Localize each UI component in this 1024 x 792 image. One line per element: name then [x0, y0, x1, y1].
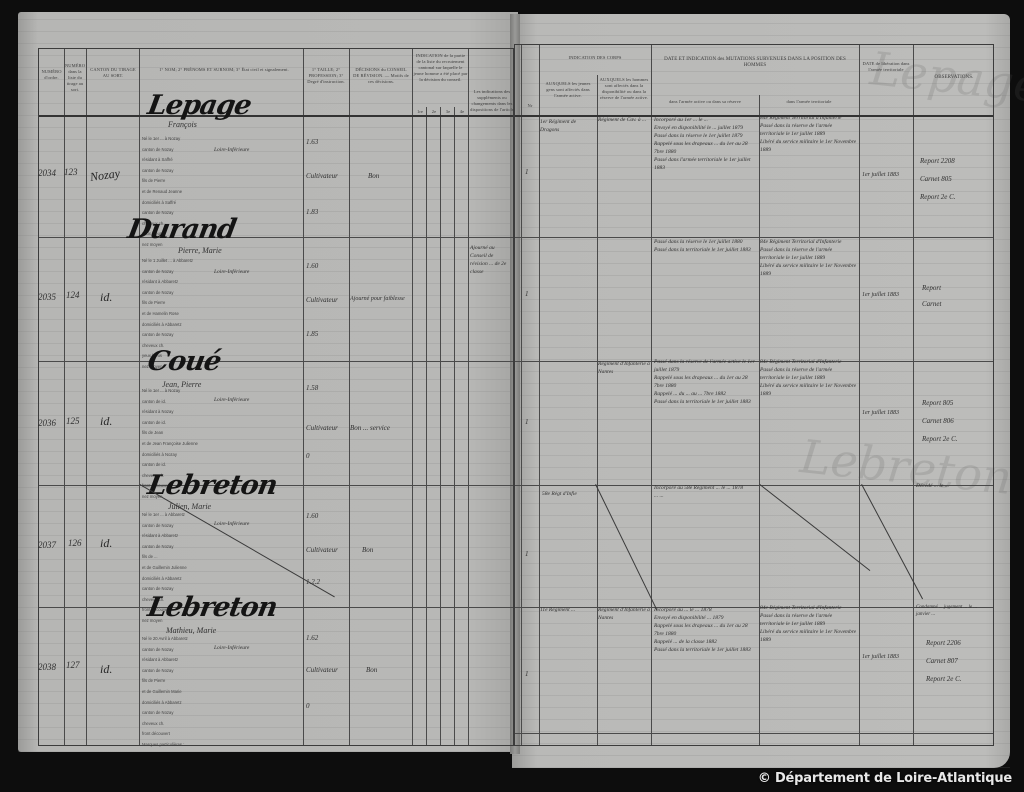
instruction: 1.85 [306, 330, 318, 338]
mutations-territoriale: 84e Régiment Territorial d'InfanteriePas… [760, 238, 858, 278]
nr: 1 [525, 670, 529, 678]
observations: ReportCarnet [922, 280, 992, 312]
profession: Cultivateur [306, 546, 338, 554]
profession: Cultivateur [306, 424, 338, 432]
profession: Cultivateur [306, 666, 338, 674]
header-corps-armee-active: AUXQUELS les jeunes gens sont affectés d… [541, 81, 595, 99]
canton: id. [100, 536, 112, 551]
taille: 1.62 [306, 634, 318, 642]
numero-tirage: 124 [66, 290, 80, 300]
numero-ordre: 2037 [38, 540, 56, 550]
corps-reserve: Régiment d'Infanterie à Nantes [598, 606, 650, 622]
corps-active: 1er Régiment de Dragons [540, 118, 594, 134]
numero-tirage: 127 [66, 660, 80, 670]
mutations-territoriale: 84e Régiment Territorial d'InfanteriePas… [760, 358, 858, 398]
mutations-active: Incorporé au 1er ... le ... Envoyé en di… [654, 116, 756, 172]
header-numero-tirage: NUMÉRO dans la liste du tirage au sort. [64, 63, 86, 93]
header-date-indication: DATE ET INDICATION des MUTATIONS SURVENU… [655, 57, 855, 69]
department: Loire-Inférieure [214, 268, 249, 276]
instruction: 0 [306, 452, 310, 460]
mutations-territoriale: 84e Régiment Territorial d'InfanteriePas… [760, 604, 858, 644]
numero-ordre: 2035 [38, 292, 56, 302]
civil-state-fields: Né le 20 Avril à Abbaretzcanton de Nozay… [142, 634, 188, 751]
instruction: 1.83 [306, 208, 318, 216]
header-date-liberation: DATE de libération dans l'armée territor… [861, 61, 911, 73]
department: Loire-Inférieure [214, 396, 249, 404]
numero-ordre: 2038 [38, 662, 56, 672]
nr: 1 [525, 550, 529, 558]
taille: 1.63 [306, 138, 318, 146]
left-register-grid: NUMÉRO d'ordre. NUMÉRO dans la liste du … [38, 48, 514, 746]
nr: 1 [525, 290, 529, 298]
mutations-active: Passé dans la réserve de l'armée active … [654, 358, 756, 406]
copyright-watermark: © Département de Loire-Atlantique [758, 771, 1012, 786]
surname: Lepage [145, 90, 253, 121]
date-liberation: 1er juillet 1883 [862, 172, 899, 178]
canton: id. [100, 290, 112, 305]
decision: Bon [368, 172, 379, 180]
numero-tirage: 123 [64, 167, 78, 177]
decision: Bon [362, 546, 373, 554]
header-canton: CANTON DU TIRAGE AU SORT. [89, 67, 137, 79]
surname: Lebreton [145, 592, 279, 623]
profession: Cultivateur [306, 296, 338, 304]
numero-ordre: 2036 [38, 418, 56, 428]
date-liberation: 1er juillet 1883 [862, 292, 899, 298]
header-indication-4e: 4e [456, 109, 468, 115]
decision: Bon [366, 666, 377, 674]
canton: id. [100, 662, 112, 677]
header-indication: INDICATION de la partie de la liste du r… [413, 53, 468, 83]
header-nom: 1° NOM; 2° PRÉNOMS ET SURNOM; 3° État ci… [159, 67, 289, 73]
department: Loire-Inférieure [214, 146, 249, 154]
corps-active: 58e Régt d'Infie [542, 490, 596, 498]
department: Loire-Inférieure [214, 520, 249, 528]
given-names: Pierre, Marie [178, 246, 222, 255]
header-mutations-active: dans l'armée active ou dans sa réserve [655, 99, 755, 105]
observations: Décédé ... le ... [916, 482, 990, 490]
header-decisions: DÉCISIONS du CONSEIL DE RÉVISION. — Moti… [352, 67, 410, 85]
header-nr: Nr [521, 103, 539, 109]
header-indication-3e: 3e [442, 109, 454, 115]
instruction: 0 [306, 702, 310, 710]
observations-note: Condamné ... jugement ... le ... janvier… [916, 604, 992, 618]
given-names: François [168, 120, 197, 129]
corps-reserve: Régiment d'Infanterie à Nantes [598, 360, 650, 376]
decision: Bon ... service [350, 424, 390, 432]
header-indication-1re: 1re [414, 109, 426, 115]
header-mutations-territoriale: dans l'armée territoriale [761, 99, 857, 105]
surname: Lebreton [145, 470, 279, 501]
numero-tirage: 125 [66, 416, 80, 426]
taille: 1.60 [306, 262, 318, 270]
header-mention: Les indications des suppléments ou chang… [470, 89, 514, 119]
numero-tirage: 126 [68, 538, 82, 548]
marques-particulieres-label: Marques particulières : [142, 740, 188, 751]
department: Loire-Inférieure [214, 644, 249, 652]
header-indication-corps: INDICATION DES CORPS [541, 55, 649, 61]
mutations-active: Passé dans la réserve le 1er juillet 188… [654, 238, 756, 254]
corps-reserve: Régiment de Cav. à ... [598, 116, 650, 124]
mutations-active: Incorporé au ... le ... 1878Envoyé en di… [654, 606, 756, 654]
profession: Cultivateur [306, 172, 338, 180]
header-corps-disponibilite: AUXQUELS les hommes sont affectés dans l… [599, 77, 649, 101]
mention: Ajourné au Conseil de révision ... de 2e… [470, 244, 512, 276]
header-numero-ordre: NUMÉRO d'ordre. [39, 69, 64, 81]
date-liberation: 1er juillet 1883 [862, 410, 899, 416]
canton: id. [100, 414, 112, 429]
header-taille: 1° TAILLE; 2° PROFESSION; 3° Degré d'ins… [305, 67, 347, 85]
observations: Report 805Carnet 806Report 2e C. [922, 394, 992, 448]
taille: 1.58 [306, 384, 318, 392]
page-edge-print [996, 600, 1002, 710]
corps-active: 11e Régiment ... [540, 606, 594, 614]
decision: Ajourné pour faiblesse [350, 296, 405, 302]
taille: 1.60 [306, 512, 318, 520]
nr: 1 [525, 168, 529, 176]
surname: Coué [145, 346, 223, 377]
nr: 1 [525, 418, 529, 426]
header-indication-2e: 2e [428, 109, 440, 115]
date-liberation: 1er juillet 1883 [862, 654, 899, 660]
observations: Report 2208Carnet 805Report 2e C. [920, 152, 990, 206]
numero-ordre: 2034 [38, 168, 56, 178]
observations: Report 2206Carnet 807Report 2e C. [926, 634, 992, 688]
header-observations: OBSERVATIONS. [915, 75, 993, 81]
mutations-territoriale: 84e Régiment Territorial d'InfanteriePas… [760, 114, 858, 154]
surname: Durand [125, 214, 238, 245]
mutations-active: Incorporé au 58e Régiment ... le ... 187… [654, 484, 756, 500]
